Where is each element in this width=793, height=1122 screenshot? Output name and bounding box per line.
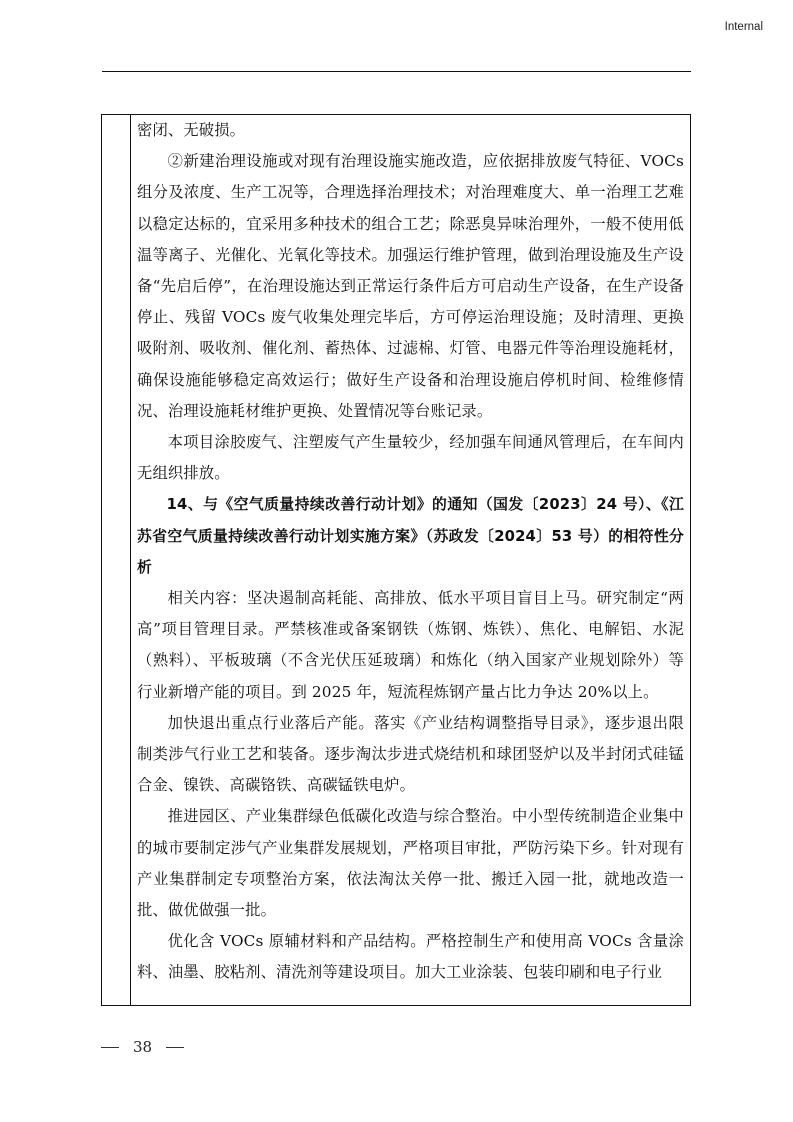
paragraph-backward-capacity: 加快退出重点行业落后产能。落实《产业结构调整指导目录》，逐步退出限制类涉气行业工…: [137, 708, 684, 802]
page-number: 38: [133, 1038, 152, 1056]
section-heading-14: 14、与《空气质量持续改善行动计划》的通知（国发〔2023〕24 号）、《江苏省…: [137, 489, 684, 583]
paragraph-related-content: 相关内容：坚决遏制高耗能、高排放、低水平项目盲目上马。研究制定“两高”项目管理目…: [137, 583, 684, 708]
classification-label: Internal: [725, 21, 763, 33]
paragraph-industrial-parks: 推进园区、产业集群绿色低碳化改造与综合整治。中小型传统制造企业集中的城市要制定涉…: [137, 801, 684, 926]
paragraph-treatment-facilities: ②新建治理设施或对现有治理设施实施改造，应依据排放废气特征、VOCs组分及浓度、…: [137, 146, 684, 427]
table-left-column: [102, 115, 131, 1005]
table-content-cell: 密闭、无破损。 ②新建治理设施或对现有治理设施实施改造，应依据排放废气特征、VO…: [137, 115, 684, 989]
header-rule: [102, 71, 691, 72]
footer-dash-right: [166, 1047, 184, 1048]
paragraph-vocs-materials: 优化含 VOCs 原辅材料和产品结构。严格控制生产和使用高 VOCs 含量涂料、…: [137, 926, 684, 988]
page-footer: 38: [101, 1038, 184, 1056]
content-table: 密闭、无破损。 ②新建治理设施或对现有治理设施实施改造，应依据排放废气特征、VO…: [101, 114, 691, 1006]
paragraph-continuation: 密闭、无破损。: [137, 115, 684, 146]
footer-dash-left: [101, 1047, 119, 1048]
paragraph-project-emissions: 本项目涂胶废气、注塑废气产生量较少，经加强车间通风管理后，在车间内无组织排放。: [137, 427, 684, 489]
